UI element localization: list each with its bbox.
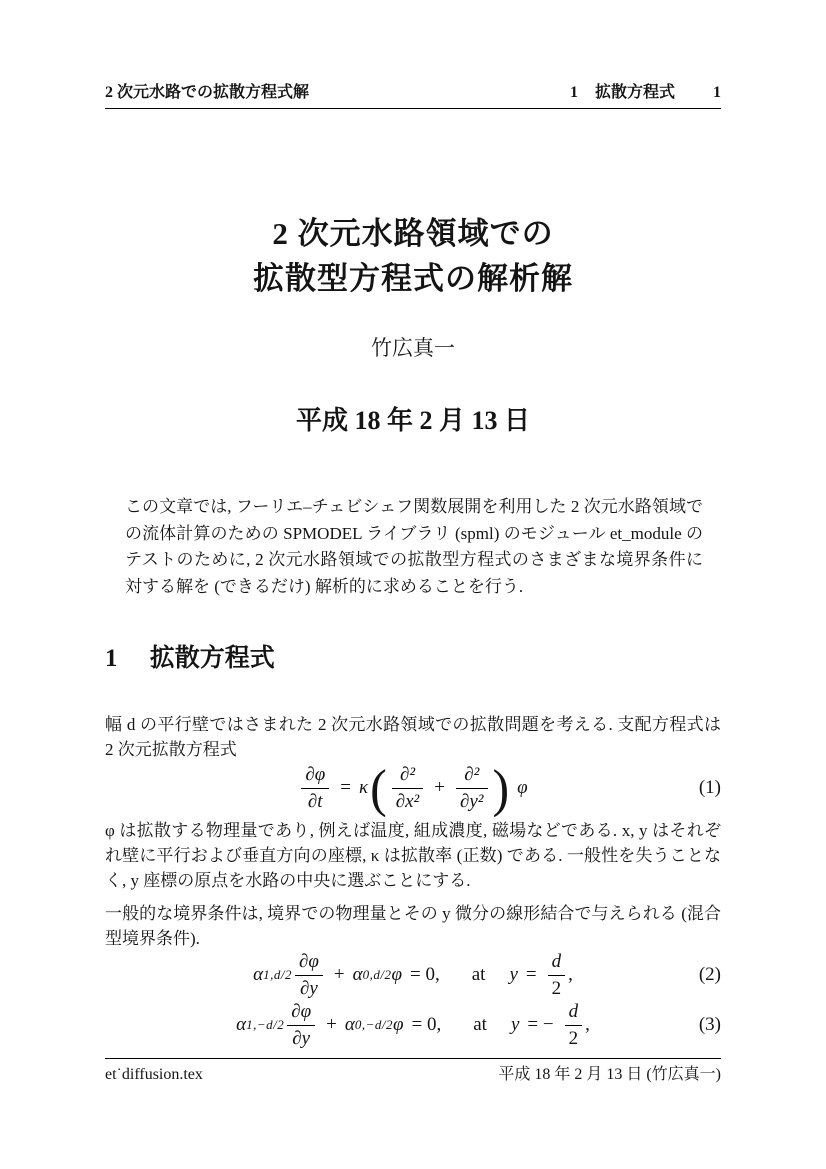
page-header: 2 次元水路での拡散方程式解 1 拡散方程式 1 [105,84,721,109]
footer-filename: et˙diffusion.tex [105,1066,203,1084]
eq1-plus-sign: + [434,777,445,799]
eq1-dx-numerator: ∂² [392,764,424,789]
eq2-fraction-denominator: ∂y [295,976,323,999]
section-title: 拡散方程式 [150,645,275,672]
document-date: 平成 18 年 2 月 13 日 [105,407,721,434]
eq1-dx-fraction: ∂² ∂x² [392,764,424,812]
eq2-d-over-2-fraction: d 2 [548,951,566,999]
equation-2-number: (2) [699,964,721,986]
eq1-equals-sign: = [340,777,351,799]
equation-1-number: (1) [699,777,721,799]
eq3-alpha1-subscript: 1,−d/2 [246,1017,284,1033]
eq1-dy-fraction: ∂² ∂y² [456,764,488,812]
header-page-number: 1 [713,84,721,101]
eq2-alpha0-subscript: 0,d/2 [363,967,392,983]
eq2-alpha0: α [353,964,363,986]
eq3-equals-minus: = − [527,1014,553,1036]
eq3-alpha0: α [345,1014,355,1036]
eq2-d-denominator: 2 [548,976,566,999]
eq2-fraction-numerator: ∂φ [295,951,323,976]
eq1-kappa: κ [359,777,368,799]
title-line-1: 2 次元水路領域での [105,211,721,256]
equation-1: ∂φ ∂t = κ ( ∂² ∂x² + ∂² ∂y² ) φ (1) [105,764,721,812]
eq2-comma: , [568,964,573,986]
header-right: 1 拡散方程式 1 [570,84,721,101]
eq3-comma: , [585,1014,590,1036]
page-footer: et˙diffusion.tex 平成 18 年 2 月 13 日 (竹広真一) [105,1058,721,1084]
eq2-dphi-dy-fraction: ∂φ ∂y [295,951,323,999]
eq2-equals-zero: = 0, [410,964,440,986]
eq1-lhs-fraction: ∂φ ∂t [301,764,329,812]
paragraph-2: φ は拡散する物理量であり, 例えば温度, 組成濃度, 磁場などである. x, … [105,818,721,893]
eq3-plus-sign: + [326,1014,337,1036]
header-left-title: 2 次元水路での拡散方程式解 [105,84,309,101]
eq1-phi: φ [517,777,528,799]
eq3-d-over-2-fraction: d 2 [565,1001,583,1049]
equation-2: α1,d/2 ∂φ ∂y + α0,d/2φ = 0, at y = d 2 ,… [105,951,721,999]
eq3-phi: φ [393,1014,404,1036]
header-section-title: 拡散方程式 [595,84,675,101]
title-line-2: 拡散型方程式の解析解 [105,256,721,301]
eq1-lhs-numerator: ∂φ [301,764,329,789]
eq2-alpha1: α [253,964,263,986]
eq3-y-variable: y [511,1014,519,1036]
eq2-phi: φ [391,964,402,986]
eq3-alpha0-subscript: 0,−d/2 [355,1017,393,1033]
eq3-fraction-denominator: ∂y [287,1026,315,1049]
section-heading: 1 拡散方程式 [105,646,721,672]
eq2-y-variable: y [509,964,517,986]
eq3-dphi-dy-fraction: ∂φ ∂y [287,1001,315,1049]
document-page: 2 次元水路での拡散方程式解 1 拡散方程式 1 2 次元水路領域での 拡散型方… [0,0,826,1169]
eq3-equals-zero: = 0, [412,1014,442,1036]
author-name: 竹広真一 [105,337,721,359]
eq2-equals-sign: = [526,964,537,986]
equation-3: α1,−d/2 ∂φ ∂y + α0,−d/2φ = 0, at y = − d… [105,1001,721,1049]
eq1-dy-denominator: ∂y² [456,789,488,812]
eq2-d-numerator: d [548,951,566,976]
eq3-alpha1: α [236,1014,246,1036]
paragraph-1: 幅 d の平行壁ではさまれた 2 次元水路領域での拡散問題を考える. 支配方程式… [105,712,721,762]
section-number: 1 [105,645,118,672]
eq3-fraction-numerator: ∂φ [287,1001,315,1026]
eq2-alpha1-subscript: 1,d/2 [263,967,292,983]
eq2-at-word: at [472,964,486,986]
eq2-plus-sign: + [334,964,345,986]
header-section-number: 1 [570,84,578,101]
eq1-dy-numerator: ∂² [456,764,488,789]
abstract-text: この文章では, フーリエ–チェビシェフ関数展開を利用した 2 次元水路領域での流… [125,494,703,600]
eq3-at-word: at [473,1014,487,1036]
paragraph-3: 一般的な境界条件は, 境界での物理量とその y 微分の線形結合で与えられる (混… [105,901,721,951]
eq1-lhs-denominator: ∂t [301,789,329,812]
eq3-d-numerator: d [565,1001,583,1026]
document-title: 2 次元水路領域での 拡散型方程式の解析解 [105,211,721,301]
eq1-dx-denominator: ∂x² [392,789,424,812]
eq3-d-denominator: 2 [565,1026,583,1049]
footer-date-author: 平成 18 年 2 月 13 日 (竹広真一) [498,1066,721,1084]
equation-3-number: (3) [699,1014,721,1036]
